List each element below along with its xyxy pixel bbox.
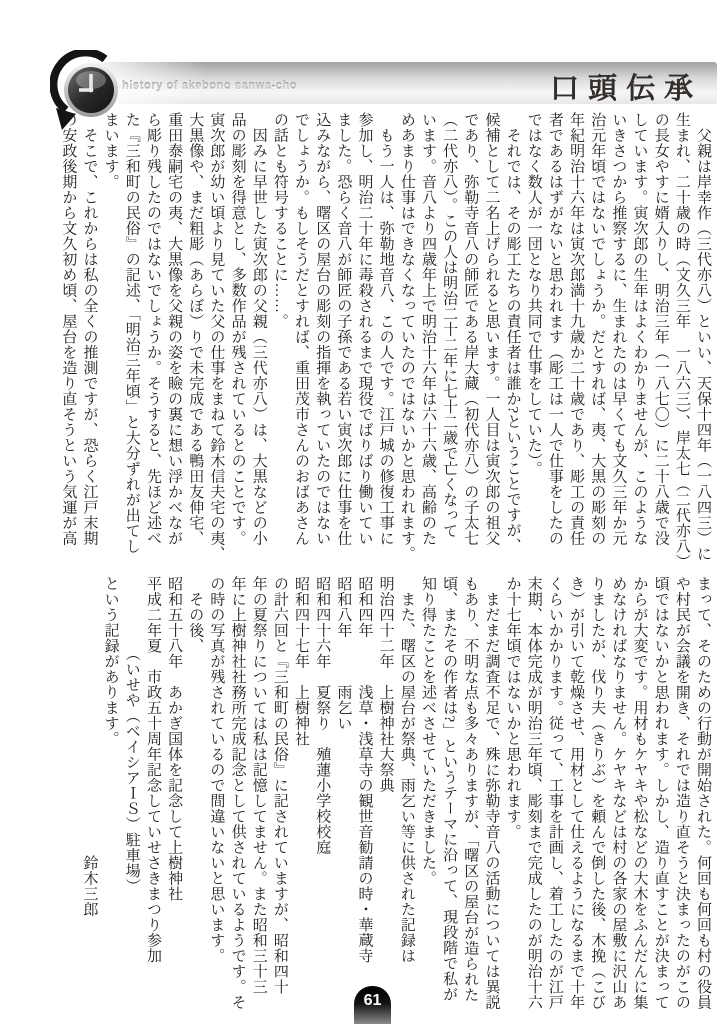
text-line: その後、 xyxy=(184,576,205,1022)
text-line: 昭和四十七年 上樹神社 xyxy=(290,576,311,1022)
text-line: 年紀明治十六年は寅次郎満十九歳か二十歳であり、彫工の責任 xyxy=(565,112,586,568)
text-line: 大黒像や、まだ粗彫（あらぼ）りで未完成である鴨田友伸宅、 xyxy=(184,112,205,568)
text-line: めあまり仕事はできなくなっていたのではないかと思われます。 xyxy=(396,112,417,568)
text-line: まいます。 xyxy=(99,112,120,568)
text-line: 頃ではないかと思われます。しかし、造り直すことが決まって xyxy=(650,576,671,1022)
text-line: の長女やすに婿入りし、明治三年（一八七〇）に二十八歳で没 xyxy=(650,112,671,568)
text-line: ました。恐らく音八が師匠の子孫である若い寅次郎に仕事を仕 xyxy=(332,112,353,568)
text-line: ら彫り残したのではないでしょうか。そうすると、先ほど述べ xyxy=(142,112,163,568)
text-line: 者であるはずがないと思われます（彫工は一人で仕事をしたの xyxy=(544,112,565,568)
text-line: 昭和五十八年 あかぎ国体を記念して上樹神社 xyxy=(163,576,184,1022)
text-line: の時の写真が残されているので間違いないと思います。 xyxy=(205,576,226,1022)
text-line: 昭和四十六年 夏祭り 殖蓮小学校校庭 xyxy=(311,576,332,1022)
text-line: くらいかかります。従って、工事を計画し、着工したのが江戸 xyxy=(544,576,565,1022)
text-line: います。音八より四歳年上で明治十六年は六十六歳、高齢のた xyxy=(417,112,438,568)
text-line: 治元年頃ではないでしょうか。だとすれば、夷、大黒の彫刻の xyxy=(586,112,607,568)
text-line: ではなく数人が一団となり共同で仕事をしていた）。 xyxy=(523,112,544,568)
text-line: の計六回と『三和町の民俗』に記されていますが、昭和四十 xyxy=(269,576,290,1022)
text-line: （二代亦八）。この人は明治二十二年に七十二歳で亡くなって xyxy=(438,112,459,568)
text-line: 寅次郎が幼い頃より見ていた父の仕事をまねて鈴木信夫宅の夷、 xyxy=(205,112,226,568)
text-line: た『三和町の民俗』の記述、「明治三年頃」と大分ずれが出てし xyxy=(121,112,142,568)
text-line: もう一人は、弥勒地音八、この人です。江戸城の修復工事に xyxy=(375,112,396,568)
document-page: history of akebono sanwa-cho 口頭伝承 父親は岸幸作… xyxy=(0,0,724,1024)
text-line: でしょうか。もしそうだとすれば、重田茂市さんのおばあさん xyxy=(290,112,311,568)
header-subtitle: history of akebono sanwa-cho xyxy=(122,80,297,92)
text-line: の話とも符号することに……。 xyxy=(269,112,290,568)
text-line: 候補として二名上げられると思います。一人目は寅次郎の祖父 xyxy=(480,112,501,568)
text-line: からが大変です。用材もケヤキや松などの大木をふんだんに集 xyxy=(628,576,649,1022)
text-line: 品の彫刻を得意とし、多数作品が残されているとのことです。 xyxy=(226,112,247,568)
text-line: 平成二年夏 市政五十周年記念していせさきまつり参加 xyxy=(142,576,163,1022)
text-line: 知り得たことを述べさせていただきました。 xyxy=(417,576,438,1022)
text-line: 昭和八年 雨乞い xyxy=(332,576,353,1022)
page-number-badge: 61 xyxy=(354,986,391,1024)
text-line: であり、弥勒寺音八の師匠である岸大蔵（初代亦八）の子太七 xyxy=(459,112,480,568)
history-clock-icon xyxy=(50,50,128,132)
text-line: また、曙区の屋台が祭典、雨乞い等に供された記録は xyxy=(396,576,417,1022)
text-line: 父親は岸幸作（三代亦八）といい、天保十四年（一八四三）に xyxy=(692,112,713,568)
text-line: 鈴木三郎 xyxy=(78,576,99,1022)
text-line: いきさつから推察するに、生まれたのは早くても文久三年か元 xyxy=(607,112,628,568)
text-line: 年に上樹神社社務所完成記念として供されているようです。そ xyxy=(226,576,247,1022)
text-line: りましたが、伐り夫（きりぶ）を頼んで倒した後、木挽（こび xyxy=(586,576,607,1022)
text-line: そこで、これからは私の全くの推測ですが、恐らく江戸末期 xyxy=(78,112,99,568)
text-line: 昭和四年 浅草・浅草寺の観世音勧請の時・華蔵寺 xyxy=(353,576,374,1022)
text-line: き）が引いて乾燥させ、用材として仕えるようになるまで十年 xyxy=(565,576,586,1022)
text-line: の安政後期から文久初め頃、屋台を造り直そうという気運が高 xyxy=(57,112,78,568)
text-line: もあり、不明な点も多々ありますが、「曙区の屋台が造られた xyxy=(459,576,480,1022)
text-line: という記録があります。 xyxy=(99,576,120,1022)
page-title: 口頭伝承 xyxy=(550,66,702,107)
top-text-block: 父親は岸幸作（三代亦八）といい、天保十四年（一八四三）に生まれ、二十歳の時（文久… xyxy=(57,112,713,568)
text-line: まって、そのための行動が開始された。何回も何回も村の役員 xyxy=(692,576,713,1022)
text-line: 年の夏祭りについては私は記憶してません。また昭和三十三 xyxy=(248,576,269,1022)
text-line: 生まれ、二十歳の時（文久三年 一八六三）、岸太七（二代亦八） xyxy=(671,112,692,568)
text-line: まだまだ調査不足で、殊に弥勒寺音八の活動については異説 xyxy=(480,576,501,1022)
text-line: 込みながら、曙区の屋台の彫刻の指揮を執っていたのではない xyxy=(311,112,332,568)
text-line: （いせや（ベイシアＩＳ）駐車場） xyxy=(121,576,142,1022)
text-line: 参加し、明治二十年に毒殺されるまで現役でばりばり働いてい xyxy=(353,112,374,568)
text-line: 頃、またその作者は?」というテーマに沿って、現段階で私が xyxy=(438,576,459,1022)
bottom-text-block: まって、そのための行動が開始された。何回も何回も村の役員や村民が会議を開き、それ… xyxy=(78,576,713,1022)
text-line: めなければなりません。ケヤキなどは村の各家の屋敷に沢山あ xyxy=(607,576,628,1022)
text-line: それでは、その彫工たちの責任者は誰か?ということですが、 xyxy=(501,112,522,568)
text-line: 末期、本体完成が明治三年頃、彫刻まで完成したのが明治十六 xyxy=(523,576,544,1022)
text-line: 重田泰嗣宅の夷、大黒像を父親の姿を瞼の裏に想い浮かべなが xyxy=(163,112,184,568)
text-line: 明治四十二年 上樹神社大祭典 xyxy=(375,576,396,1022)
text-line: 因みに早世した寅次郎の父親（三代亦八）は、大黒などの小 xyxy=(248,112,269,568)
text-line: しています。寅次郎の生年はよくわかりませんが、このような xyxy=(628,112,649,568)
text-line: や村民が会議を開き、それでは造り直そうと決まったのがこの xyxy=(671,576,692,1022)
text-line: か十七年頃ではないかと思われます。 xyxy=(501,576,522,1022)
